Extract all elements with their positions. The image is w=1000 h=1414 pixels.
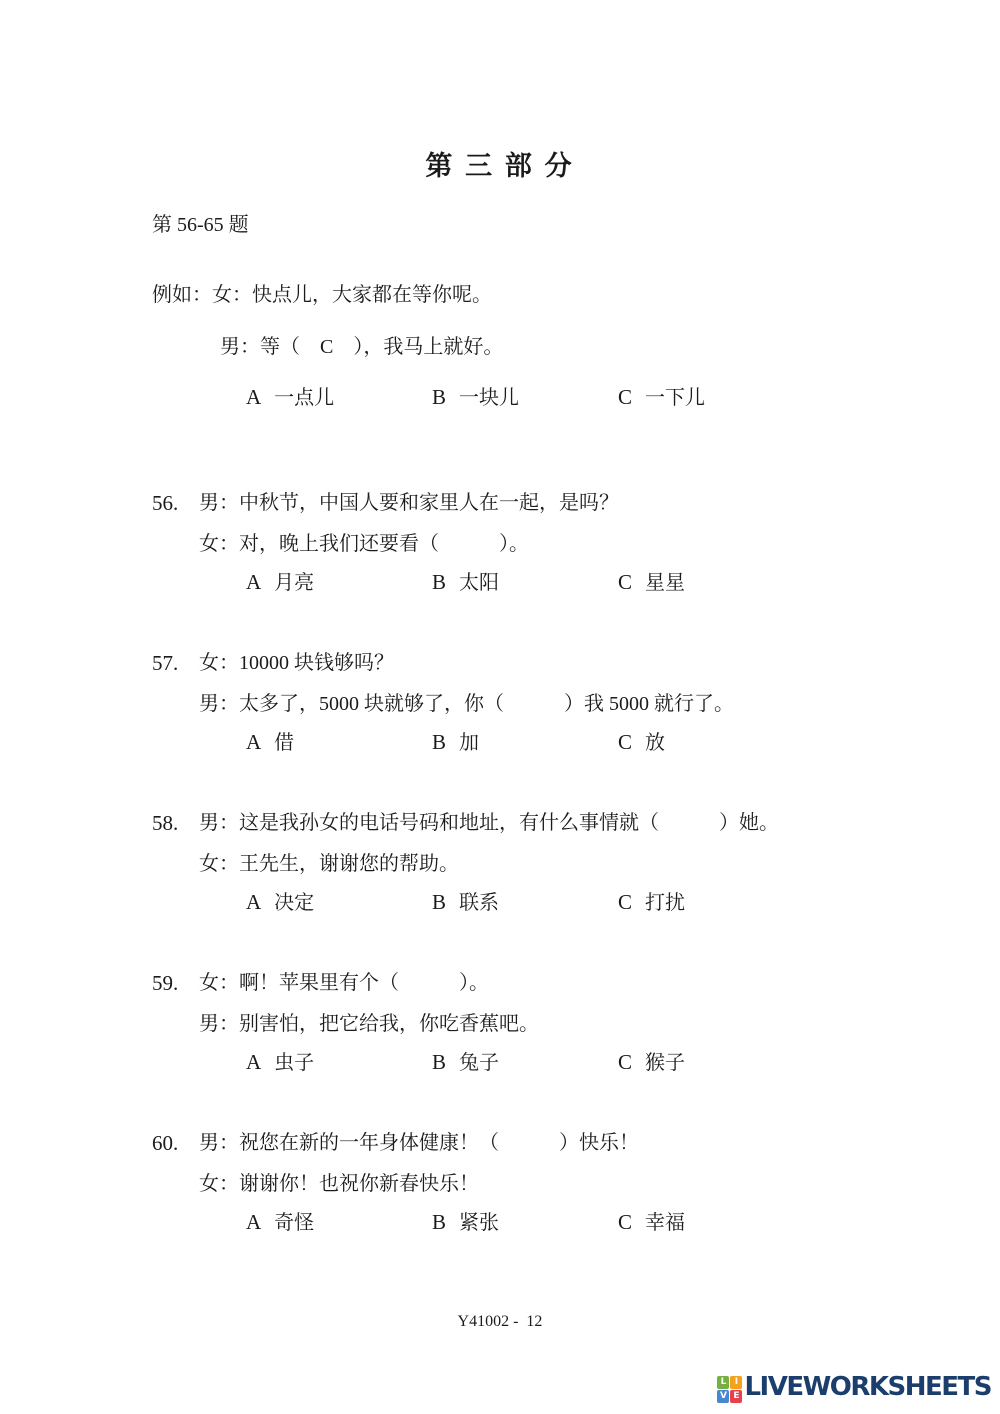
option-text: 星星 — [645, 572, 685, 594]
options-row: A虫子 B兔子 C猴子 — [246, 1049, 1000, 1076]
question-block-56: 56. 男：中秋节，中国人要和家里人在一起，是吗？ 女：对，晚上我们还要看（ ）… — [152, 490, 1000, 596]
question-line-1: 56. 男：中秋节，中国人要和家里人在一起，是吗？ — [152, 490, 1000, 516]
option-text: 放 — [645, 732, 665, 754]
liveworksheets-logo[interactable]: L I V E LIVEWORKSHEETS — [717, 1367, 991, 1407]
question-number: 56. — [152, 490, 199, 516]
liveworksheets-logo-text: LIVEWORKSHEETS — [744, 1367, 991, 1407]
options-row: A月亮 B太阳 C星星 — [246, 569, 1000, 596]
option-c: C幸福 — [618, 1209, 800, 1236]
worksheet-page: 第 三 部 分 第 56-65 题 例如：女：快点儿，大家都在等你呢。 男：等（… — [0, 0, 1000, 1414]
option-text: 幸福 — [645, 1212, 685, 1234]
option-letter: A — [246, 1209, 261, 1235]
option-letter: A — [246, 729, 261, 755]
logo-square-l: L — [717, 1376, 729, 1389]
option-a: A虫子 — [246, 1049, 428, 1076]
option-letter: C — [618, 889, 632, 915]
question-line-1: 57. 女：10000 块钱够吗？ — [152, 650, 1000, 676]
question-block-60: 60. 男：祝您在新的一年身体健康！（ ）快乐！ 女：谢谢你！也祝你新春快乐！ … — [152, 1130, 1000, 1236]
question-line-1: 60. 男：祝您在新的一年身体健康！（ ）快乐！ — [152, 1130, 1000, 1156]
question-line-2: 女：王先生，谢谢您的帮助。 — [199, 851, 1000, 877]
page-code: Y41002 - 12 — [0, 1312, 1000, 1332]
question-line-1: 59. 女：啊！苹果里有个（ ）。 — [152, 970, 1000, 996]
option-letter: C — [618, 1049, 632, 1075]
option-text: 月亮 — [274, 572, 314, 594]
dialogue-text: 男：这是我孙女的电话号码和地址，有什么事情就（ ）她。 — [199, 810, 779, 836]
option-a: A月亮 — [246, 569, 428, 596]
example-block: 例如：女：快点儿，大家都在等你呢。 男：等（ C ），我马上就好。 A一点儿 B… — [152, 282, 1000, 411]
question-number: 59. — [152, 970, 199, 996]
options-row: A奇怪 B紧张 C幸福 — [246, 1209, 1000, 1236]
dialogue-text: 男：中秋节，中国人要和家里人在一起，是吗？ — [199, 490, 619, 516]
option-letter: A — [246, 384, 261, 410]
example-options-row: A一点儿 B一块儿 C一下儿 — [246, 384, 1000, 411]
worksheet-content: 例如：女：快点儿，大家都在等你呢。 男：等（ C ），我马上就好。 A一点儿 B… — [152, 282, 1000, 1236]
option-b: B紧张 — [432, 1209, 614, 1236]
liveworksheets-logo-icon: L I V E — [717, 1376, 742, 1403]
question-number: 58. — [152, 810, 199, 836]
option-letter: B — [432, 1049, 446, 1075]
question-line-2: 女：谢谢你！也祝你新春快乐！ — [199, 1171, 1000, 1197]
option-text: 联系 — [459, 892, 499, 914]
option-letter: C — [618, 569, 632, 595]
option-c: C猴子 — [618, 1049, 800, 1076]
question-line-2: 男：太多了，5000 块就够了，你（ ）我 5000 就行了。 — [199, 691, 1000, 717]
option-text: 一块儿 — [459, 387, 519, 409]
section-label: 第 56-65 题 — [152, 212, 1000, 238]
option-b: B兔子 — [432, 1049, 614, 1076]
example-option-c: C一下儿 — [618, 384, 800, 411]
option-letter: A — [246, 569, 261, 595]
question-line-1: 58. 男：这是我孙女的电话号码和地址，有什么事情就（ ）她。 — [152, 810, 1000, 836]
option-letter: B — [432, 889, 446, 915]
logo-square-e: E — [730, 1390, 742, 1403]
logo-square-i: I — [730, 1376, 742, 1389]
option-b: B联系 — [432, 889, 614, 916]
option-text: 虫子 — [274, 1052, 314, 1074]
options-row: A借 B加 C放 — [246, 729, 1000, 756]
question-block-58: 58. 男：这是我孙女的电话号码和地址，有什么事情就（ ）她。 女：王先生，谢谢… — [152, 810, 1000, 916]
option-c: C放 — [618, 729, 800, 756]
option-letter: C — [618, 729, 632, 755]
option-letter: A — [246, 1049, 261, 1075]
option-text: 借 — [274, 732, 294, 754]
logo-square-v: V — [717, 1390, 729, 1403]
question-block-59: 59. 女：啊！苹果里有个（ ）。 男：别害怕，把它给我，你吃香蕉吧。 A虫子 … — [152, 970, 1000, 1076]
option-c: C星星 — [618, 569, 800, 596]
option-letter: C — [618, 384, 632, 410]
question-number: 60. — [152, 1130, 199, 1156]
question-block-57: 57. 女：10000 块钱够吗？ 男：太多了，5000 块就够了，你（ ）我 … — [152, 650, 1000, 756]
option-b: B加 — [432, 729, 614, 756]
dialogue-text: 女：10000 块钱够吗？ — [199, 650, 394, 676]
option-text: 太阳 — [459, 572, 499, 594]
option-letter: C — [618, 1209, 632, 1235]
option-c: C打扰 — [618, 889, 800, 916]
question-line-2: 女：对，晚上我们还要看（ ）。 — [199, 531, 1000, 557]
option-text: 猴子 — [645, 1052, 685, 1074]
example-option-b: B一块儿 — [432, 384, 614, 411]
option-letter: A — [246, 889, 261, 915]
example-option-a: A一点儿 — [246, 384, 428, 411]
dialogue-text: 男：祝您在新的一年身体健康！（ ）快乐！ — [199, 1130, 639, 1156]
option-text: 紧张 — [459, 1212, 499, 1234]
option-letter: B — [432, 569, 446, 595]
option-text: 打扰 — [645, 892, 685, 914]
option-letter: B — [432, 1209, 446, 1235]
option-letter: B — [432, 384, 446, 410]
option-a: A借 — [246, 729, 428, 756]
option-a: A奇怪 — [246, 1209, 428, 1236]
option-text: 加 — [459, 732, 479, 754]
dialogue-text: 女：啊！苹果里有个（ ）。 — [199, 970, 489, 996]
questions-list: 56. 男：中秋节，中国人要和家里人在一起，是吗？ 女：对，晚上我们还要看（ ）… — [152, 490, 1000, 1236]
option-text: 一下儿 — [645, 387, 705, 409]
page-title: 第 三 部 分 — [0, 0, 1000, 182]
option-a: A决定 — [246, 889, 428, 916]
option-text: 奇怪 — [274, 1212, 314, 1234]
options-row: A决定 B联系 C打扰 — [246, 889, 1000, 916]
option-text: 决定 — [274, 892, 314, 914]
example-dialogue-line-2: 男：等（ C ），我马上就好。 — [220, 334, 1000, 360]
example-dialogue-line-1: 例如：女：快点儿，大家都在等你呢。 — [152, 282, 1000, 308]
option-text: 兔子 — [459, 1052, 499, 1074]
option-letter: B — [432, 729, 446, 755]
option-text: 一点儿 — [274, 387, 334, 409]
question-line-2: 男：别害怕，把它给我，你吃香蕉吧。 — [199, 1011, 1000, 1037]
option-b: B太阳 — [432, 569, 614, 596]
question-number: 57. — [152, 650, 199, 676]
